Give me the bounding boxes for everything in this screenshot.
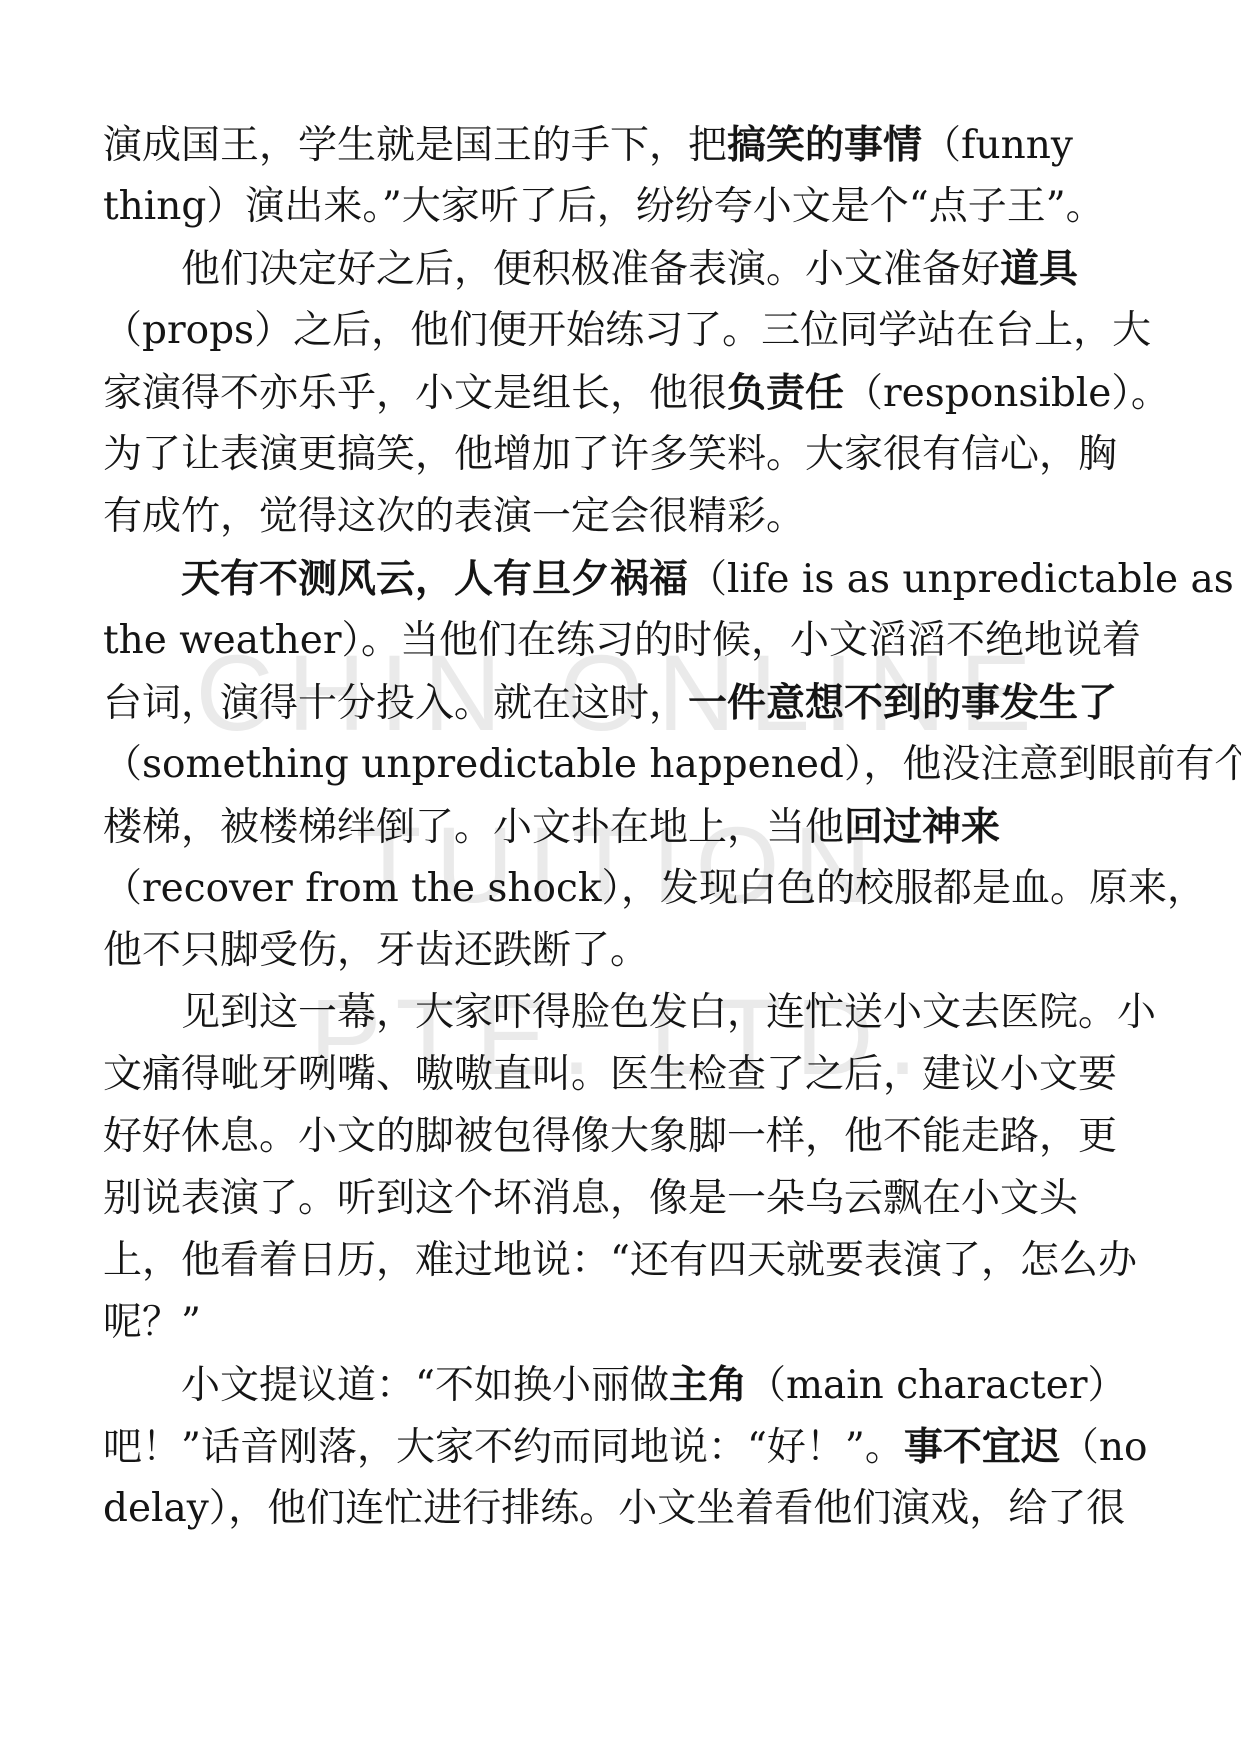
text-line: （recover from the shock），发现白色的校服都是血。原来， (103, 858, 1143, 920)
text-segment: 有成竹，觉得这次的表演一定会很精彩。 (103, 494, 805, 539)
text-segment: the weather）。当他们在练习的时候，小文滔滔不绝地说着 (103, 618, 1141, 663)
text-line: thing）演出来。”大家听了后，纷纷夸小文是个“点子王”。 (103, 176, 1143, 238)
text-segment: （funny (922, 123, 1073, 168)
vocab-term: 事不宜迟 (904, 1424, 1060, 1470)
text-line: 家演得不亦乐乎，小文是组长，他很负责任（responsible）。 (103, 362, 1143, 424)
text-line: 天有不测风云，人有旦夕祸福（life is as unpredictable a… (103, 548, 1143, 610)
essay-body: 演成国王，学生就是国王的手下，把搞笑的事情（funnything）演出来。”大家… (103, 114, 1143, 1540)
document-page: CHIN ONLINE TUITION PTE. LTD. 演成国王，学生就是国… (0, 0, 1241, 1754)
text-segment: （main character） (747, 1363, 1127, 1408)
text-segment: thing）演出来。”大家听了后，纷纷夸小文是个“点子王”。 (103, 184, 1105, 229)
text-line: （something unpredictable happened），他没注意到… (103, 734, 1143, 796)
text-line: 有成竹，觉得这次的表演一定会很精彩。 (103, 486, 1143, 548)
text-segment: 吧！”话音刚落，大家不约而同地说：“好！”。 (103, 1425, 904, 1470)
text-segment: delay），他们连忙进行排练。小文坐着看他们演戏，给了很 (103, 1486, 1125, 1531)
vocab-term: 道具 (1000, 246, 1078, 292)
text-line: （props）之后，他们便开始练习了。三位同学站在台上，大 (103, 300, 1143, 362)
text-segment: 台词，演得十分投入。就在这时， (103, 681, 688, 726)
text-line: 好好休息。小文的脚被包得像大象脚一样，他不能走路，更 (103, 1106, 1143, 1168)
text-line: 吧！”话音刚落，大家不约而同地说：“好！”。事不宜迟（no (103, 1416, 1143, 1478)
text-line: 见到这一幕，大家吓得脸色发白，连忙送小文去医院。小 (103, 982, 1143, 1044)
text-segment: 上，他看着日历，难过地说：“还有四天就要表演了，怎么办 (103, 1238, 1137, 1283)
text-segment: （no (1060, 1425, 1148, 1470)
text-line: the weather）。当他们在练习的时候，小文滔滔不绝地说着 (103, 610, 1143, 672)
vocab-term: 天有不测风云，人有旦夕祸福 (181, 556, 688, 602)
text-segment: 为了让表演更搞笑，他增加了许多笑料。大家很有信心，胸 (103, 432, 1117, 477)
text-line: 文痛得呲牙咧嘴、嗷嗷直叫。医生检查了之后，建议小文要 (103, 1044, 1143, 1106)
text-segment: （responsible）。 (844, 371, 1170, 416)
text-segment: 家演得不亦乐乎，小文是组长，他很 (103, 371, 727, 416)
text-segment: 好好休息。小文的脚被包得像大象脚一样，他不能走路，更 (103, 1114, 1117, 1159)
text-segment: 别说表演了。听到这个坏消息，像是一朵乌云飘在小文头 (103, 1176, 1078, 1221)
text-line: 他不只脚受伤，牙齿还跌断了。 (103, 920, 1143, 982)
text-segment: 呢？” (103, 1300, 201, 1345)
text-segment: （life is as unpredictable as (688, 557, 1234, 602)
text-segment: 楼梯，被楼梯绊倒了。小文扑在地上，当他 (103, 805, 844, 850)
text-segment: （something unpredictable happened），他没注意到… (103, 742, 1241, 787)
vocab-term: 回过神来 (844, 804, 1000, 850)
text-line: 他们决定好之后，便积极准备表演。小文准备好道具 (103, 238, 1143, 300)
text-line: 呢？” (103, 1292, 1143, 1354)
text-segment: 小文提议道：“不如换小丽做 (181, 1363, 669, 1408)
text-line: 台词，演得十分投入。就在这时，一件意想不到的事发生了 (103, 672, 1143, 734)
text-segment: （recover from the shock），发现白色的校服都是血。原来， (103, 866, 1206, 911)
text-segment: 演成国王，学生就是国王的手下，把 (103, 123, 727, 168)
text-segment: 见到这一幕，大家吓得脸色发白，连忙送小文去医院。小 (181, 990, 1156, 1035)
vocab-term: 主角 (669, 1362, 747, 1408)
vocab-term: 一件意想不到的事发生了 (688, 680, 1117, 726)
text-line: 楼梯，被楼梯绊倒了。小文扑在地上，当他回过神来 (103, 796, 1143, 858)
vocab-term: 搞笑的事情 (727, 122, 922, 168)
text-line: 演成国王，学生就是国王的手下，把搞笑的事情（funny (103, 114, 1143, 176)
text-line: 为了让表演更搞笑，他增加了许多笑料。大家很有信心，胸 (103, 424, 1143, 486)
text-segment: 他不只脚受伤，牙齿还跌断了。 (103, 928, 649, 973)
vocab-term: 负责任 (727, 370, 844, 416)
text-segment: （props）之后，他们便开始练习了。三位同学站在台上，大 (103, 308, 1151, 353)
text-line: delay），他们连忙进行排练。小文坐着看他们演戏，给了很 (103, 1478, 1143, 1540)
text-segment: 他们决定好之后，便积极准备表演。小文准备好 (181, 247, 1000, 292)
text-segment: 文痛得呲牙咧嘴、嗷嗷直叫。医生检查了之后，建议小文要 (103, 1052, 1117, 1097)
text-line: 上，他看着日历，难过地说：“还有四天就要表演了，怎么办 (103, 1230, 1143, 1292)
text-line: 别说表演了。听到这个坏消息，像是一朵乌云飘在小文头 (103, 1168, 1143, 1230)
text-line: 小文提议道：“不如换小丽做主角（main character） (103, 1354, 1143, 1416)
